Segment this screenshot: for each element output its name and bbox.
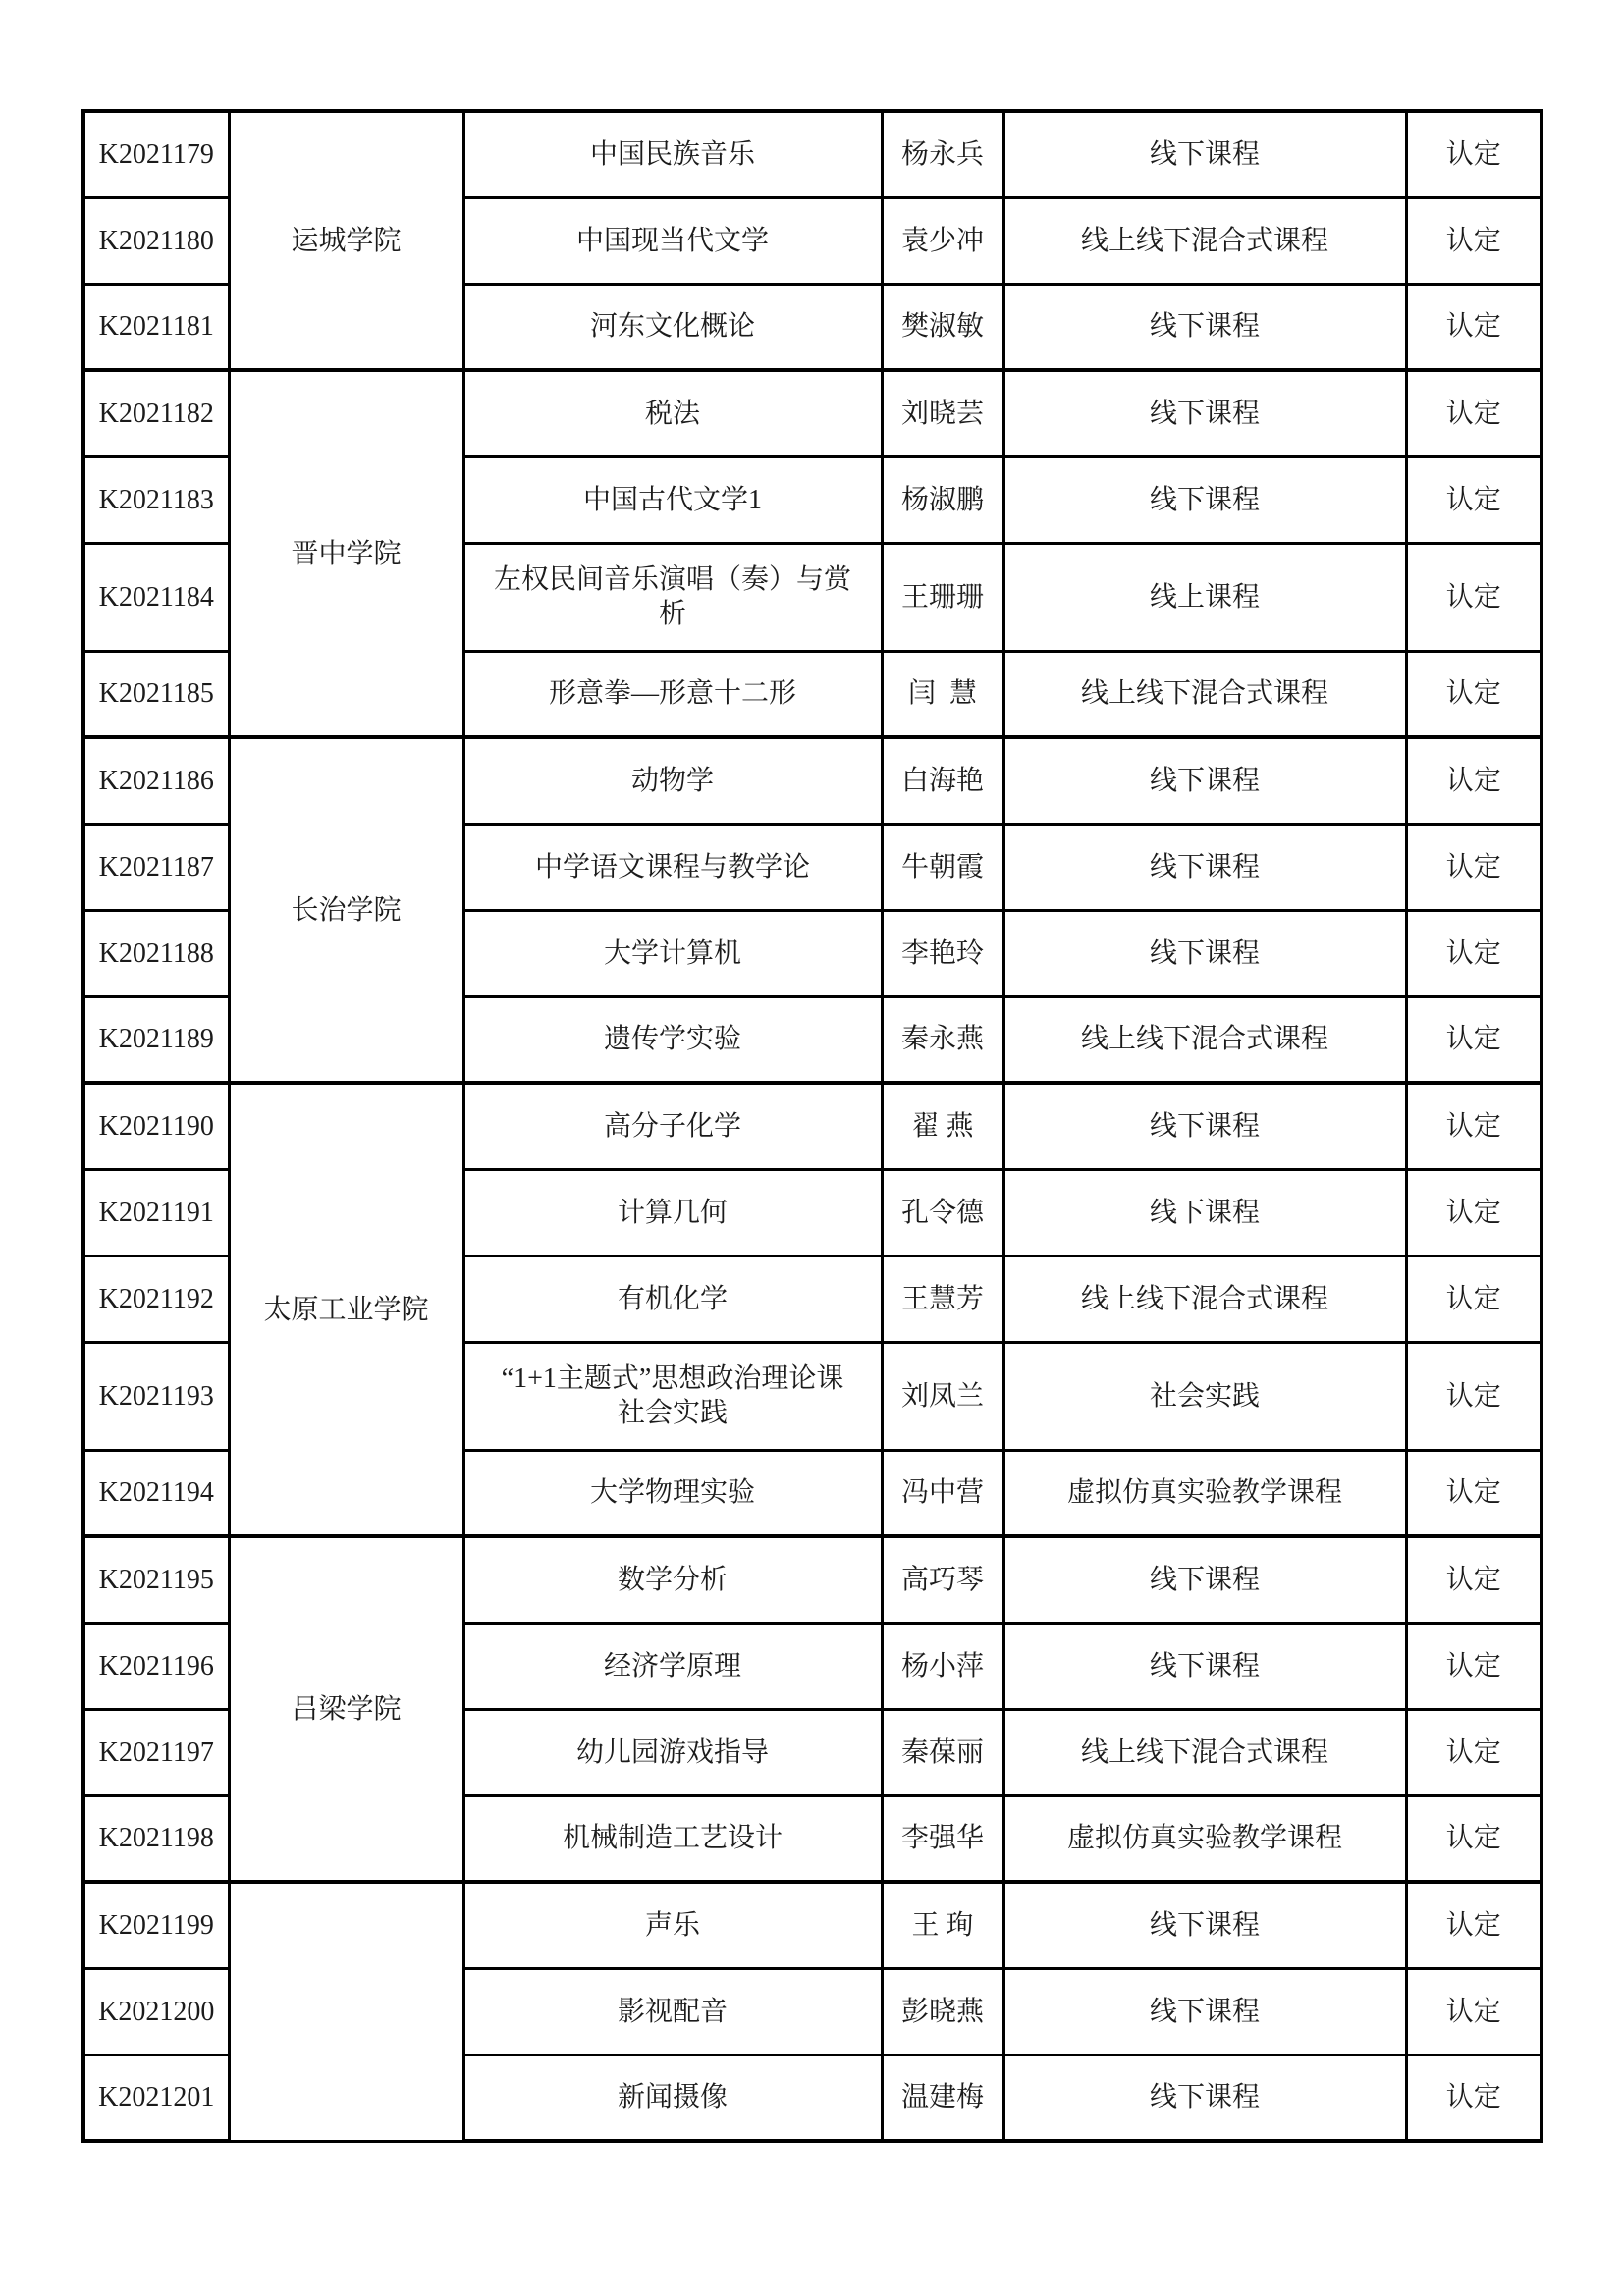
cell-teacher: 李强华 <box>882 1795 1003 1882</box>
cell-teacher: 秦葆丽 <box>882 1709 1003 1795</box>
cell-course-code: K2021179 <box>83 111 229 197</box>
cell-course-code: K2021184 <box>83 543 229 651</box>
cell-teacher: 牛朝霞 <box>882 824 1003 910</box>
cell-teacher: 翟 燕 <box>882 1083 1003 1169</box>
cell-course-type: 线下课程 <box>1003 1083 1406 1169</box>
cell-course-name: 动物学 <box>463 737 882 824</box>
cell-course-code: K2021185 <box>83 651 229 737</box>
cell-teacher: 刘凤兰 <box>882 1342 1003 1450</box>
cell-status: 认定 <box>1406 543 1542 651</box>
cell-course-type: 虚拟仿真实验教学课程 <box>1003 1450 1406 1536</box>
cell-course-name: 遗传学实验 <box>463 996 882 1083</box>
cell-teacher: 王 珣 <box>882 1882 1003 1968</box>
cell-status: 认定 <box>1406 111 1542 197</box>
course-accreditation-table: K2021179 运城学院 中国民族音乐 杨永兵 线下课程 认定 K202118… <box>81 109 1543 2143</box>
cell-course-name: 税法 <box>463 370 882 456</box>
cell-course-type: 线下课程 <box>1003 284 1406 370</box>
cell-course-name: 经济学原理 <box>463 1623 882 1709</box>
cell-teacher: 秦永燕 <box>882 996 1003 1083</box>
cell-course-code: K2021189 <box>83 996 229 1083</box>
cell-status: 认定 <box>1406 2055 1542 2141</box>
cell-status: 认定 <box>1406 197 1542 284</box>
table-row: K2021190 太原工业学院 高分子化学 翟 燕 线下课程 认定 <box>83 1083 1542 1169</box>
cell-teacher: 闫 慧 <box>882 651 1003 737</box>
cell-course-code: K2021186 <box>83 737 229 824</box>
cell-course-name: 计算几何 <box>463 1169 882 1255</box>
cell-course-code: K2021192 <box>83 1255 229 1342</box>
document-page: K2021179 运城学院 中国民族音乐 杨永兵 线下课程 认定 K202118… <box>0 0 1623 2296</box>
cell-status: 认定 <box>1406 910 1542 996</box>
cell-course-type: 线下课程 <box>1003 111 1406 197</box>
cell-course-code: K2021195 <box>83 1536 229 1623</box>
cell-status: 认定 <box>1406 1342 1542 1450</box>
cell-course-type: 线下课程 <box>1003 370 1406 456</box>
cell-status: 认定 <box>1406 737 1542 824</box>
cell-course-type: 社会实践 <box>1003 1342 1406 1450</box>
cell-course-code: K2021197 <box>83 1709 229 1795</box>
cell-institution: 吕梁学院 <box>229 1536 463 1882</box>
cell-status: 认定 <box>1406 456 1542 543</box>
cell-teacher: 刘晓芸 <box>882 370 1003 456</box>
cell-institution <box>229 1882 463 2141</box>
cell-course-name: 河东文化概论 <box>463 284 882 370</box>
cell-institution: 太原工业学院 <box>229 1083 463 1536</box>
cell-status: 认定 <box>1406 1623 1542 1709</box>
table-row: K2021179 运城学院 中国民族音乐 杨永兵 线下课程 认定 <box>83 111 1542 197</box>
cell-course-code: K2021182 <box>83 370 229 456</box>
cell-course-name: 形意拳—形意十二形 <box>463 651 882 737</box>
cell-course-name: 中国民族音乐 <box>463 111 882 197</box>
cell-course-type: 线下课程 <box>1003 1169 1406 1255</box>
cell-course-name: 中国现当代文学 <box>463 197 882 284</box>
cell-course-code: K2021183 <box>83 456 229 543</box>
cell-course-type: 线下课程 <box>1003 824 1406 910</box>
cell-teacher: 樊淑敏 <box>882 284 1003 370</box>
cell-teacher: 王珊珊 <box>882 543 1003 651</box>
cell-course-name: 数学分析 <box>463 1536 882 1623</box>
cell-teacher: 温建梅 <box>882 2055 1003 2141</box>
cell-course-name: 声乐 <box>463 1882 882 1968</box>
cell-course-type: 线下课程 <box>1003 910 1406 996</box>
cell-course-type: 线下课程 <box>1003 737 1406 824</box>
cell-course-code: K2021187 <box>83 824 229 910</box>
table-row: K2021186 长治学院 动物学 白海艳 线下课程 认定 <box>83 737 1542 824</box>
cell-course-type: 线上线下混合式课程 <box>1003 651 1406 737</box>
cell-status: 认定 <box>1406 1169 1542 1255</box>
cell-course-code: K2021181 <box>83 284 229 370</box>
cell-course-name: 中学语文课程与教学论 <box>463 824 882 910</box>
cell-course-type: 线下课程 <box>1003 1968 1406 2055</box>
cell-status: 认定 <box>1406 1882 1542 1968</box>
cell-course-code: K2021191 <box>83 1169 229 1255</box>
cell-teacher: 袁少冲 <box>882 197 1003 284</box>
cell-status: 认定 <box>1406 651 1542 737</box>
cell-status: 认定 <box>1406 1709 1542 1795</box>
cell-status: 认定 <box>1406 996 1542 1083</box>
cell-course-type: 线上线下混合式课程 <box>1003 1255 1406 1342</box>
cell-course-type: 线下课程 <box>1003 1882 1406 1968</box>
cell-course-type: 虚拟仿真实验教学课程 <box>1003 1795 1406 1882</box>
cell-status: 认定 <box>1406 824 1542 910</box>
cell-course-name: 影视配音 <box>463 1968 882 2055</box>
cell-course-type: 线上课程 <box>1003 543 1406 651</box>
cell-course-type: 线上线下混合式课程 <box>1003 1709 1406 1795</box>
cell-teacher: 杨小萍 <box>882 1623 1003 1709</box>
cell-status: 认定 <box>1406 1255 1542 1342</box>
cell-status: 认定 <box>1406 370 1542 456</box>
cell-status: 认定 <box>1406 1795 1542 1882</box>
cell-course-code: K2021196 <box>83 1623 229 1709</box>
cell-course-name: 高分子化学 <box>463 1083 882 1169</box>
table-row: K2021182 晋中学院 税法 刘晓芸 线下课程 认定 <box>83 370 1542 456</box>
cell-teacher: 高巧琴 <box>882 1536 1003 1623</box>
cell-course-name: 大学物理实验 <box>463 1450 882 1536</box>
cell-course-name: 新闻摄像 <box>463 2055 882 2141</box>
cell-course-name: “1+1主题式”思想政治理论课 社会实践 <box>463 1342 882 1450</box>
cell-course-code: K2021198 <box>83 1795 229 1882</box>
cell-course-code: K2021200 <box>83 1968 229 2055</box>
cell-course-code: K2021180 <box>83 197 229 284</box>
cell-teacher: 李艳玲 <box>882 910 1003 996</box>
cell-teacher: 杨永兵 <box>882 111 1003 197</box>
cell-teacher: 杨淑鹏 <box>882 456 1003 543</box>
cell-course-name: 机械制造工艺设计 <box>463 1795 882 1882</box>
cell-status: 认定 <box>1406 1968 1542 2055</box>
cell-course-name: 幼儿园游戏指导 <box>463 1709 882 1795</box>
cell-course-name: 左权民间音乐演唱（奏）与赏 析 <box>463 543 882 651</box>
cell-course-name: 中国古代文学1 <box>463 456 882 543</box>
cell-course-type: 线上线下混合式课程 <box>1003 197 1406 284</box>
cell-course-code: K2021199 <box>83 1882 229 1968</box>
cell-course-type: 线下课程 <box>1003 456 1406 543</box>
cell-status: 认定 <box>1406 1450 1542 1536</box>
cell-course-code: K2021188 <box>83 910 229 996</box>
cell-course-type: 线上线下混合式课程 <box>1003 996 1406 1083</box>
cell-course-name: 大学计算机 <box>463 910 882 996</box>
cell-status: 认定 <box>1406 1536 1542 1623</box>
cell-status: 认定 <box>1406 1083 1542 1169</box>
cell-institution: 长治学院 <box>229 737 463 1083</box>
cell-course-code: K2021194 <box>83 1450 229 1536</box>
cell-teacher: 冯中营 <box>882 1450 1003 1536</box>
cell-course-code: K2021201 <box>83 2055 229 2141</box>
cell-teacher: 孔令德 <box>882 1169 1003 1255</box>
cell-course-type: 线下课程 <box>1003 2055 1406 2141</box>
cell-institution: 晋中学院 <box>229 370 463 737</box>
cell-teacher: 彭晓燕 <box>882 1968 1003 2055</box>
table-row: K2021199 声乐 王 珣 线下课程 认定 <box>83 1882 1542 1968</box>
cell-course-code: K2021190 <box>83 1083 229 1169</box>
cell-status: 认定 <box>1406 284 1542 370</box>
cell-teacher: 白海艳 <box>882 737 1003 824</box>
cell-course-code: K2021193 <box>83 1342 229 1450</box>
table-row: K2021195 吕梁学院 数学分析 高巧琴 线下课程 认定 <box>83 1536 1542 1623</box>
cell-course-type: 线下课程 <box>1003 1536 1406 1623</box>
cell-course-type: 线下课程 <box>1003 1623 1406 1709</box>
cell-institution: 运城学院 <box>229 111 463 370</box>
cell-course-name: 有机化学 <box>463 1255 882 1342</box>
cell-teacher: 王慧芳 <box>882 1255 1003 1342</box>
